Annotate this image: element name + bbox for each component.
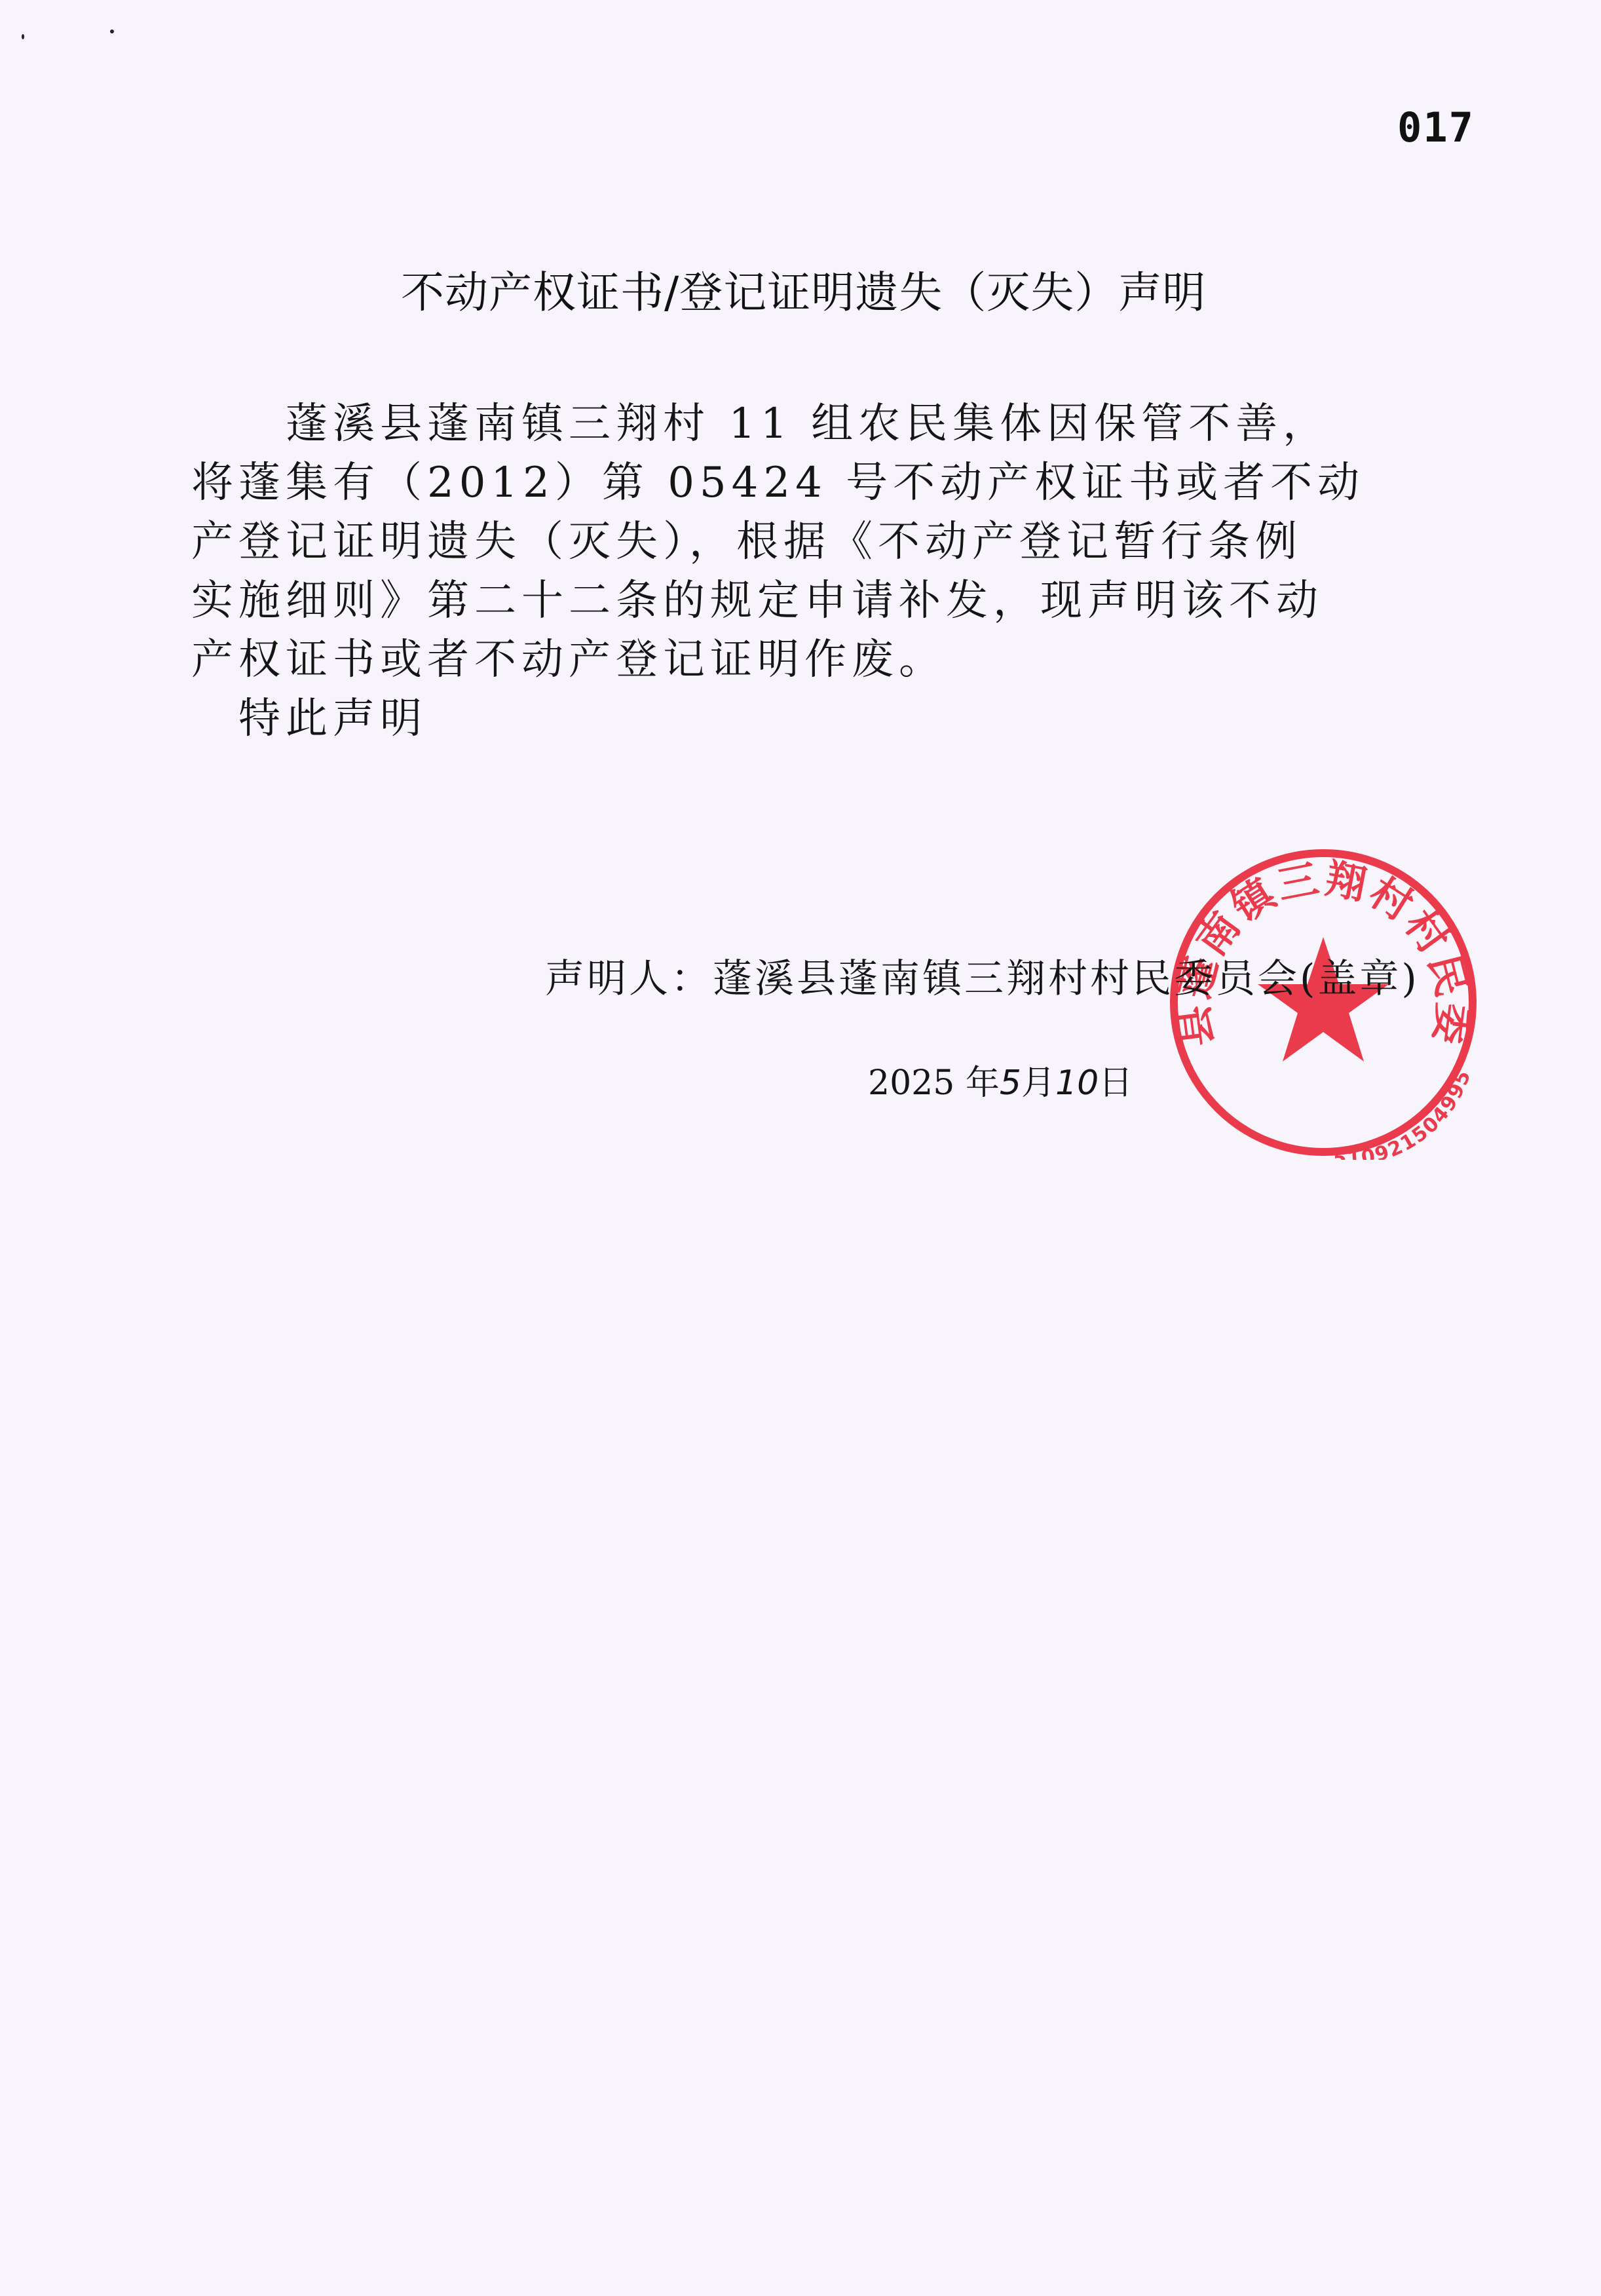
body-line: 蓬溪县蓬南镇三翔村 11 组农民集体因保管不善，: [191, 390, 1330, 450]
seal-note: (盖章): [1300, 956, 1420, 1002]
date-month-unit: 月: [1021, 1063, 1055, 1103]
date-day-unit: 日: [1099, 1063, 1133, 1103]
body-line: 产登记证明遗失（灭失），根据《不动产登记暂行条例: [191, 508, 1302, 568]
body-line: 将蓬集有（2012）第 05424 号不动产权证书或者不动: [191, 449, 1365, 509]
declarant-name: 蓬溪县蓬南镇三翔村村民委员会: [713, 956, 1300, 1002]
document-title: 不动产权证书/登记证明遗失（灭失）声明: [401, 258, 1206, 320]
date-year: 2025: [868, 1063, 954, 1103]
body-line: 特此声明: [191, 685, 427, 745]
scan-speck: [110, 29, 114, 33]
declarant-line: 声明人：蓬溪县蓬南镇三翔村村民委员会(盖章): [545, 947, 1420, 1004]
body-line: 实施细则》第二十二条的规定申请补发，现声明该不动: [191, 567, 1323, 627]
date-month: 5: [1000, 1063, 1021, 1103]
declaration-date: 2025 年5月10日: [868, 1055, 1133, 1104]
scan-speck: [22, 34, 24, 39]
date-day: 10: [1055, 1063, 1099, 1103]
page-number: 017: [1397, 104, 1475, 151]
date-year-unit: 年: [954, 1063, 1000, 1103]
declarant-label: 声明人：: [545, 956, 713, 1002]
body-line: 产权证书或者不动产登记证明作废。: [191, 626, 946, 686]
